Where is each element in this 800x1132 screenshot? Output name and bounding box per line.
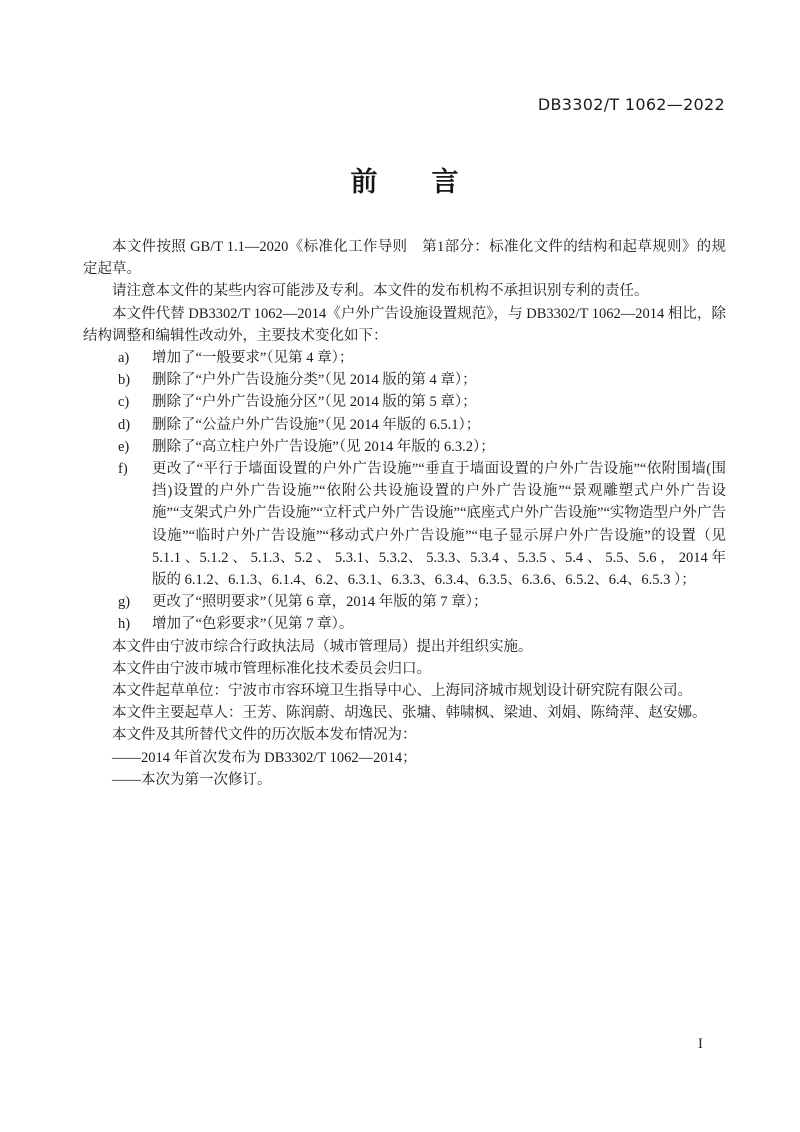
closing-paragraph: 本文件起草单位：宁波市市容环境卫生指导中心、上海同济城市规划设计研究院有限公司。	[83, 680, 726, 702]
list-marker: b)	[118, 369, 152, 391]
page-title: 前 言	[83, 160, 726, 199]
page-number: I	[698, 1036, 703, 1053]
intro-paragraph: 本文件代替 DB3302/T 1062—2014《户外广告设施设置规范》，与 D…	[83, 303, 726, 347]
foreword-body: 本文件按照 GB/T 1.1—2020《标准化工作导则 第1部分：标准化文件的结…	[83, 236, 726, 791]
list-item-text: 删除了“户外广告设施分类”（见 2014 版的第 4 章）；	[152, 369, 726, 391]
change-list-item: a) 增加了“一般要求”（见第 4 章）；	[83, 347, 726, 369]
list-item-text: 增加了“色彩要求”（见第 7 章）。	[152, 613, 726, 635]
change-list-item: c) 删除了“户外广告设施分区”（见 2014 版的第 5 章）；	[83, 391, 726, 413]
change-list-item: f) 更改了“平行于墙面设置的户外广告设施”“垂直于墙面设置的户外广告设施”“依…	[83, 458, 726, 591]
list-marker: g)	[118, 591, 152, 613]
list-item-text: 增加了“一般要求”（见第 4 章）；	[152, 347, 726, 369]
closing-paragraph: 本文件主要起草人：王芳、陈润蔚、胡逸民、张墉、韩啸枫、梁迪、刘娟、陈绮萍、赵安娜…	[83, 702, 726, 724]
closing-paragraph: 本文件由宁波市综合行政执法局（城市管理局）提出并组织实施。	[83, 636, 726, 658]
change-list-item: d) 删除了“公益户外广告设施”（见 2014 年版的 6.5.1）；	[83, 414, 726, 436]
list-item-text: 更改了“平行于墙面设置的户外广告设施”“垂直于墙面设置的户外广告设施”“依附围墙…	[152, 458, 726, 591]
change-list-item: h) 增加了“色彩要求”（见第 7 章）。	[83, 613, 726, 635]
closing-paragraph: 本文件及其所替代文件的历次版本发布情况为：	[83, 724, 726, 746]
list-item-text: 删除了“户外广告设施分区”（见 2014 版的第 5 章）；	[152, 391, 726, 413]
list-marker: d)	[118, 414, 152, 436]
intro-paragraph: 请注意本文件的某些内容可能涉及专利。本文件的发布机构不承担识别专利的责任。	[83, 280, 726, 302]
list-marker: h)	[118, 613, 152, 635]
standard-code: DB3302/T 1062—2022	[538, 95, 725, 114]
list-marker: e)	[118, 436, 152, 458]
change-list-item: e) 删除了“高立柱户外广告设施”（见 2014 年版的 6.3.2）；	[83, 436, 726, 458]
list-marker: a)	[118, 347, 152, 369]
history-entry: ——本次为第一次修订。	[83, 769, 726, 791]
change-list-item: b) 删除了“户外广告设施分类”（见 2014 版的第 4 章）；	[83, 369, 726, 391]
history-entry: ——2014 年首次发布为 DB3302/T 1062—2014；	[83, 747, 726, 769]
list-item-text: 删除了“高立柱户外广告设施”（见 2014 年版的 6.3.2）；	[152, 436, 726, 458]
intro-paragraph: 本文件按照 GB/T 1.1—2020《标准化工作导则 第1部分：标准化文件的结…	[83, 236, 726, 280]
document-page: DB3302/T 1062—2022 前 言 本文件按照 GB/T 1.1—20…	[0, 0, 800, 1132]
list-marker: c)	[118, 391, 152, 413]
list-item-text: 删除了“公益户外广告设施”（见 2014 年版的 6.5.1）；	[152, 414, 726, 436]
list-marker: f)	[118, 458, 152, 591]
closing-paragraph: 本文件由宁波市城市管理标准化技术委员会归口。	[83, 658, 726, 680]
change-list-item: g) 更改了“照明要求”（见第 6 章，2014 年版的第 7 章）；	[83, 591, 726, 613]
list-item-text: 更改了“照明要求”（见第 6 章，2014 年版的第 7 章）；	[152, 591, 726, 613]
